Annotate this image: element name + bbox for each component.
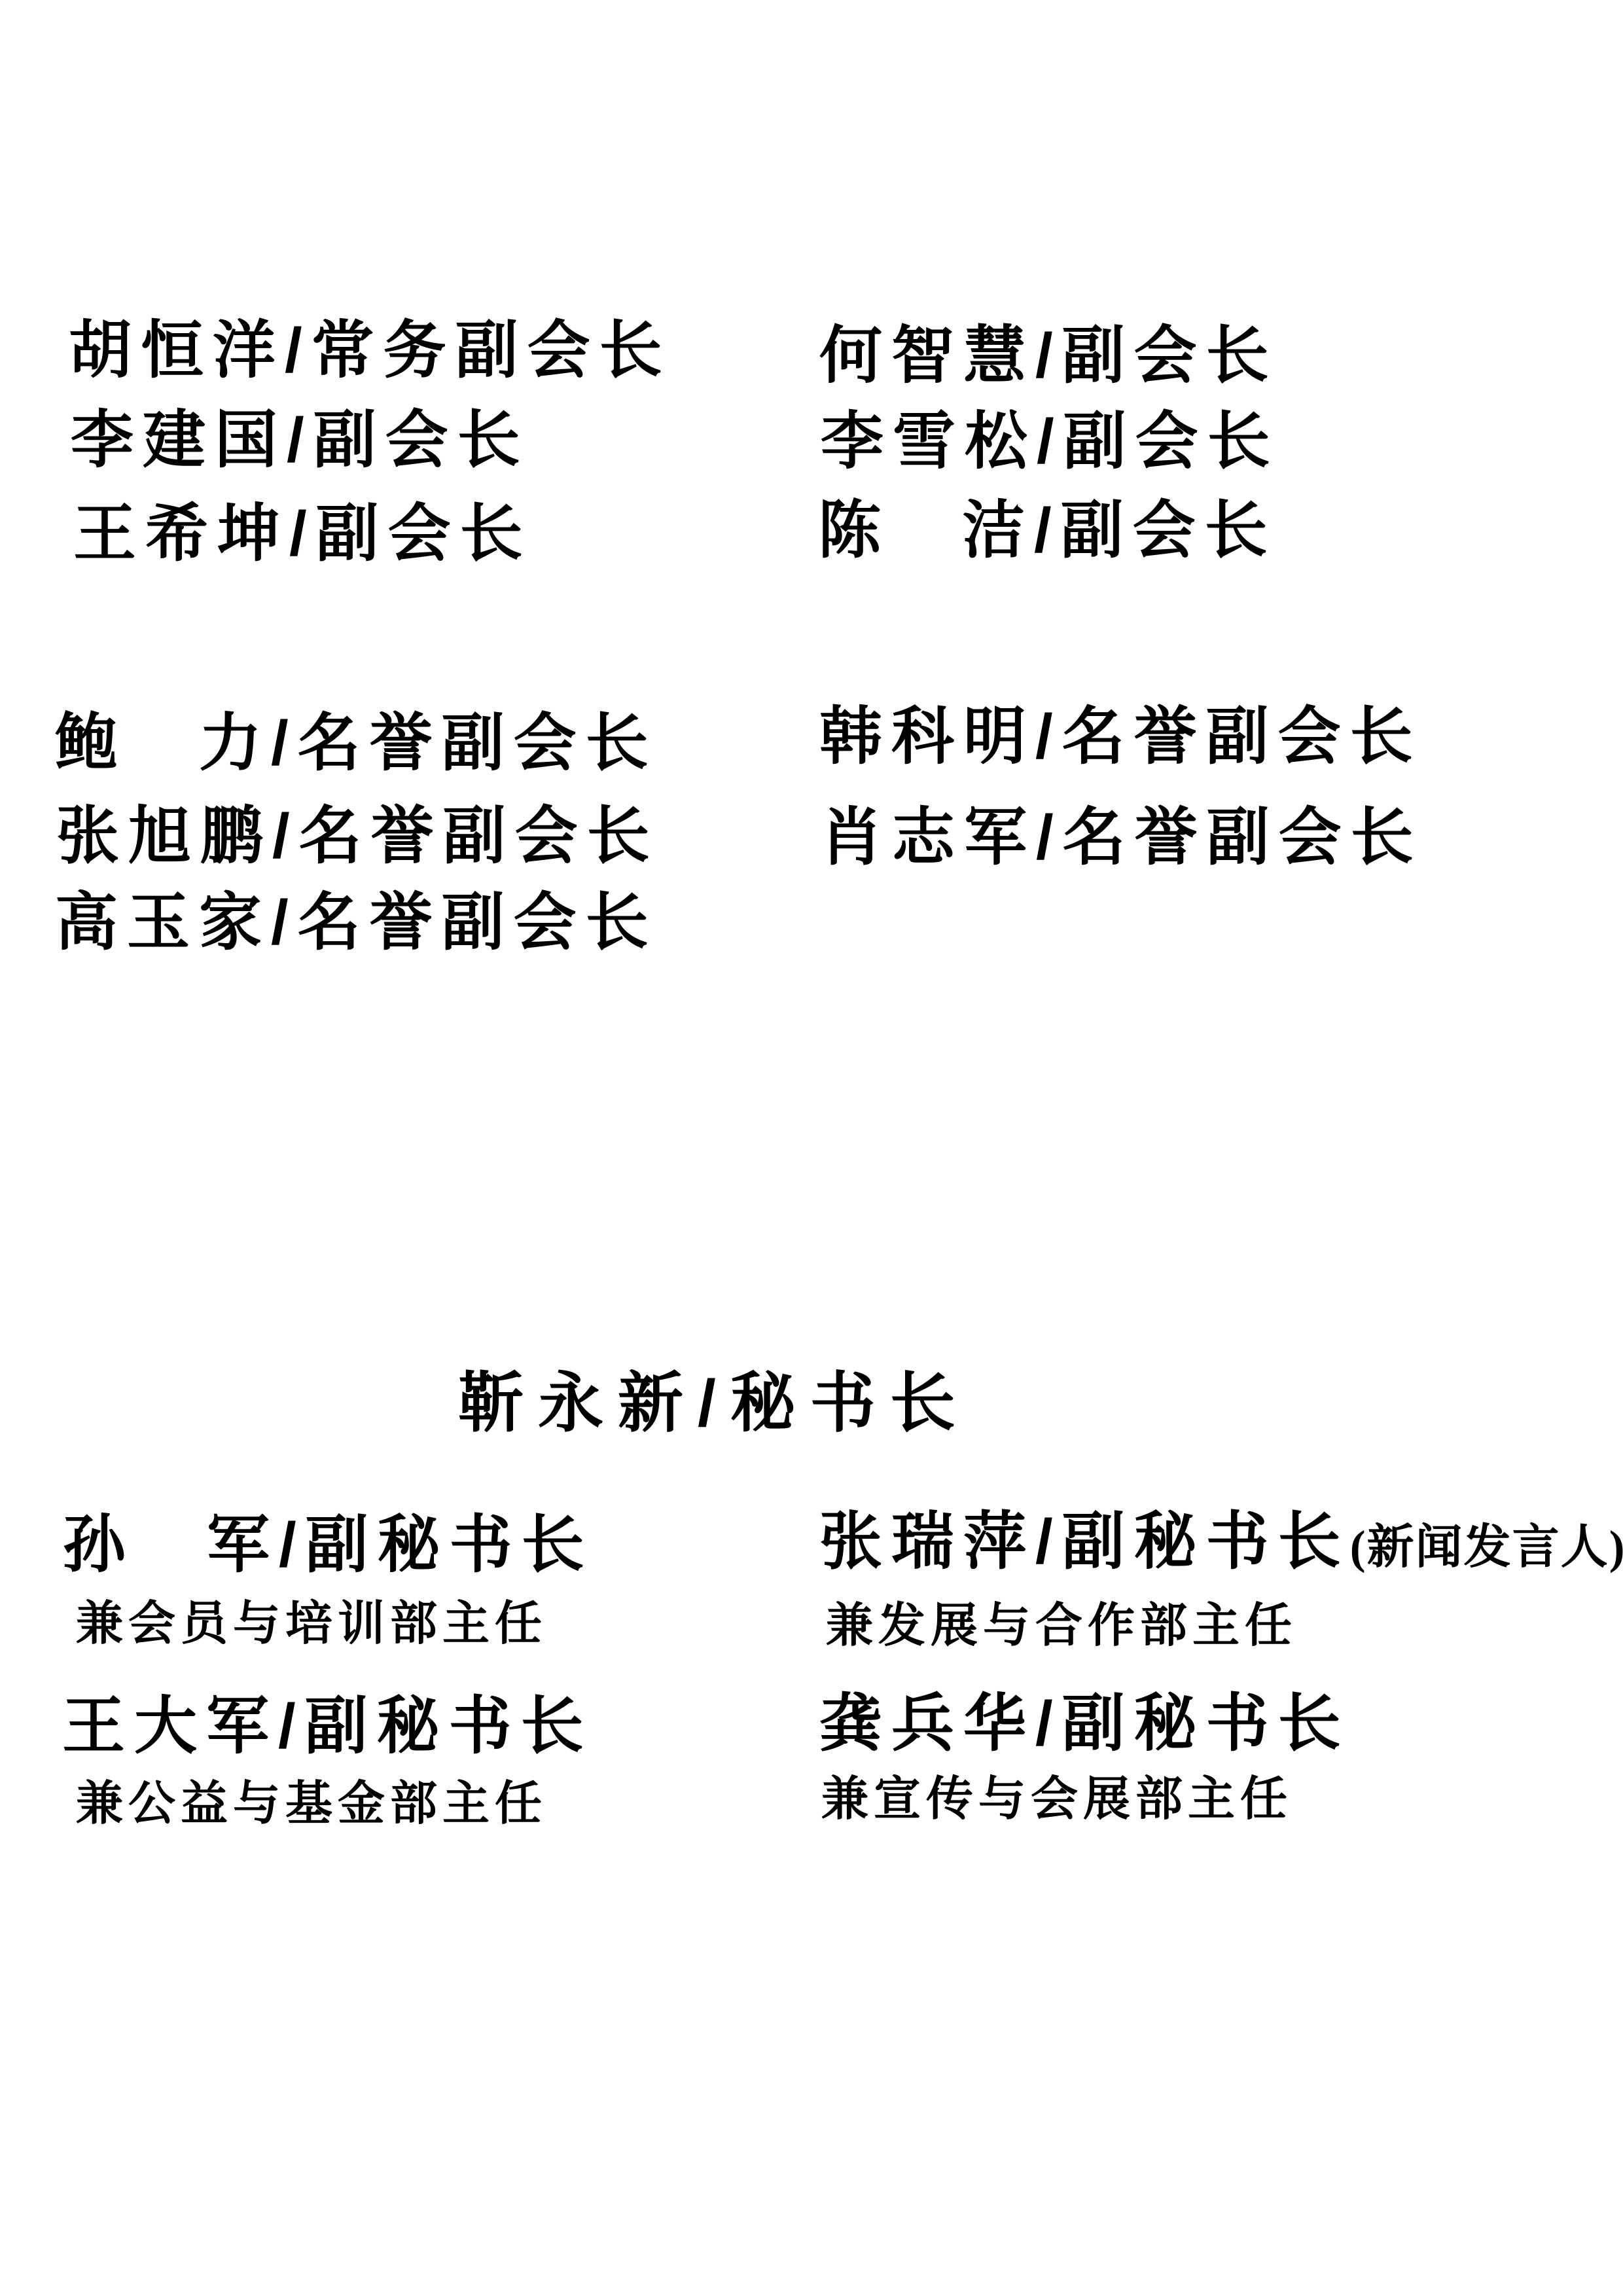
deputy-sg-name-text: 王大军/副秘书长 [62, 1691, 593, 1761]
honorary-vp-name: 张旭鹏/名誉副会长 [56, 805, 659, 868]
honorary-vp-name: 鲍 力/名誉副会长 [55, 712, 658, 775]
deputy-sg-name: 张瑞萍/副秘书长(新闻发言人) [819, 1511, 1623, 1573]
vp-name: 李雪松/副会长 [821, 410, 1279, 473]
deputy-sg-dept: 兼会员与培训部主任 [76, 1600, 547, 1647]
deputy-sg-dept: 兼公益与基金部主任 [76, 1780, 547, 1827]
deputy-sg-name: 龚兵华/副秘书长 [819, 1693, 1350, 1755]
deputy-sg-name: 孙 军/副秘书长 [63, 1514, 594, 1577]
deputy-sg-name-text: 龚兵华/副秘书长 [819, 1689, 1350, 1759]
deputy-sg-name: 王大军/副秘书长 [62, 1695, 593, 1758]
vp-name: 胡恒洋/常务副会长 [69, 319, 671, 382]
vp-name: 何智慧/副会长 [819, 325, 1278, 387]
document-page: 胡恒洋/常务副会长 李建国/副会长 王希坤/副会长 何智慧/副会长 李雪松/副会… [0, 0, 1623, 2296]
deputy-sg-dept: 兼宣传与会展部主任 [821, 1776, 1293, 1823]
news-spokesperson-suffix: (新闻发言人) [1350, 1521, 1623, 1573]
deputy-sg-name-text: 孙 军/副秘书长 [63, 1510, 594, 1580]
honorary-vp-name: 韩科明/名誉副会长 [819, 706, 1422, 768]
honorary-vp-name: 高玉家/名誉副会长 [55, 891, 658, 954]
deputy-sg-name-text: 张瑞萍/副秘书长 [819, 1507, 1350, 1577]
secretary-general-name: 靳永新/秘书长 [458, 1371, 970, 1436]
vp-name: 王希坤/副会长 [73, 503, 532, 565]
vp-name: 陈 洁/副会长 [818, 499, 1277, 562]
deputy-sg-dept: 兼发展与合作部主任 [826, 1602, 1297, 1649]
vp-name: 李建国/副会长 [71, 409, 529, 472]
honorary-vp-name: 肖志军/名誉副会长 [820, 806, 1423, 869]
